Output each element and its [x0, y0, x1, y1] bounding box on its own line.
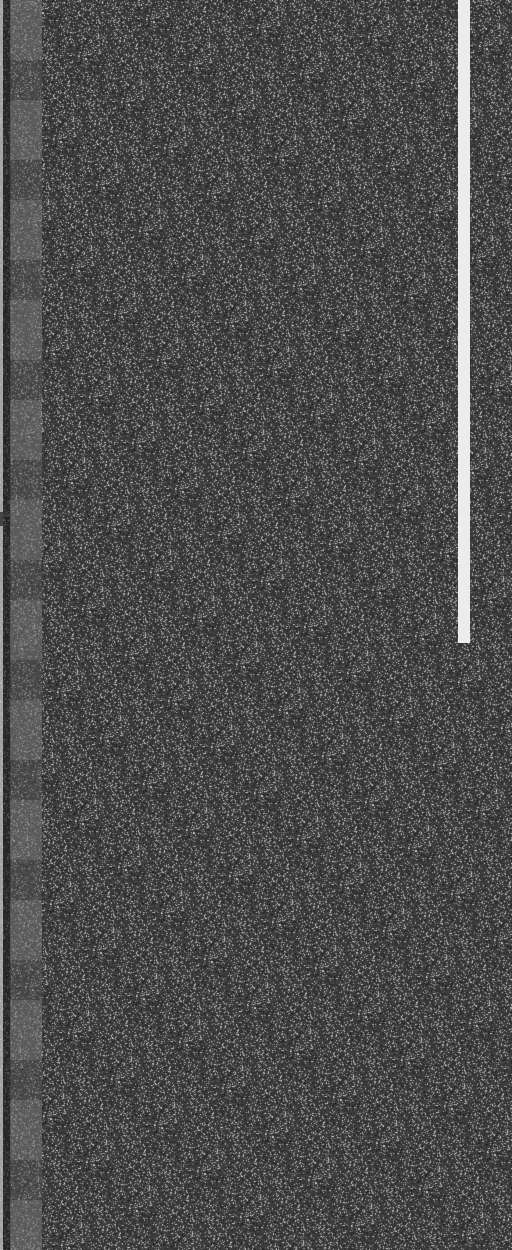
- road-shoulder: [10, 0, 42, 1250]
- road-surface: [0, 0, 512, 1250]
- asphalt-texture: [0, 0, 512, 1250]
- edge-line-gap: [0, 512, 3, 526]
- lane-marking: [458, 0, 470, 643]
- edge-line: [0, 0, 3, 1250]
